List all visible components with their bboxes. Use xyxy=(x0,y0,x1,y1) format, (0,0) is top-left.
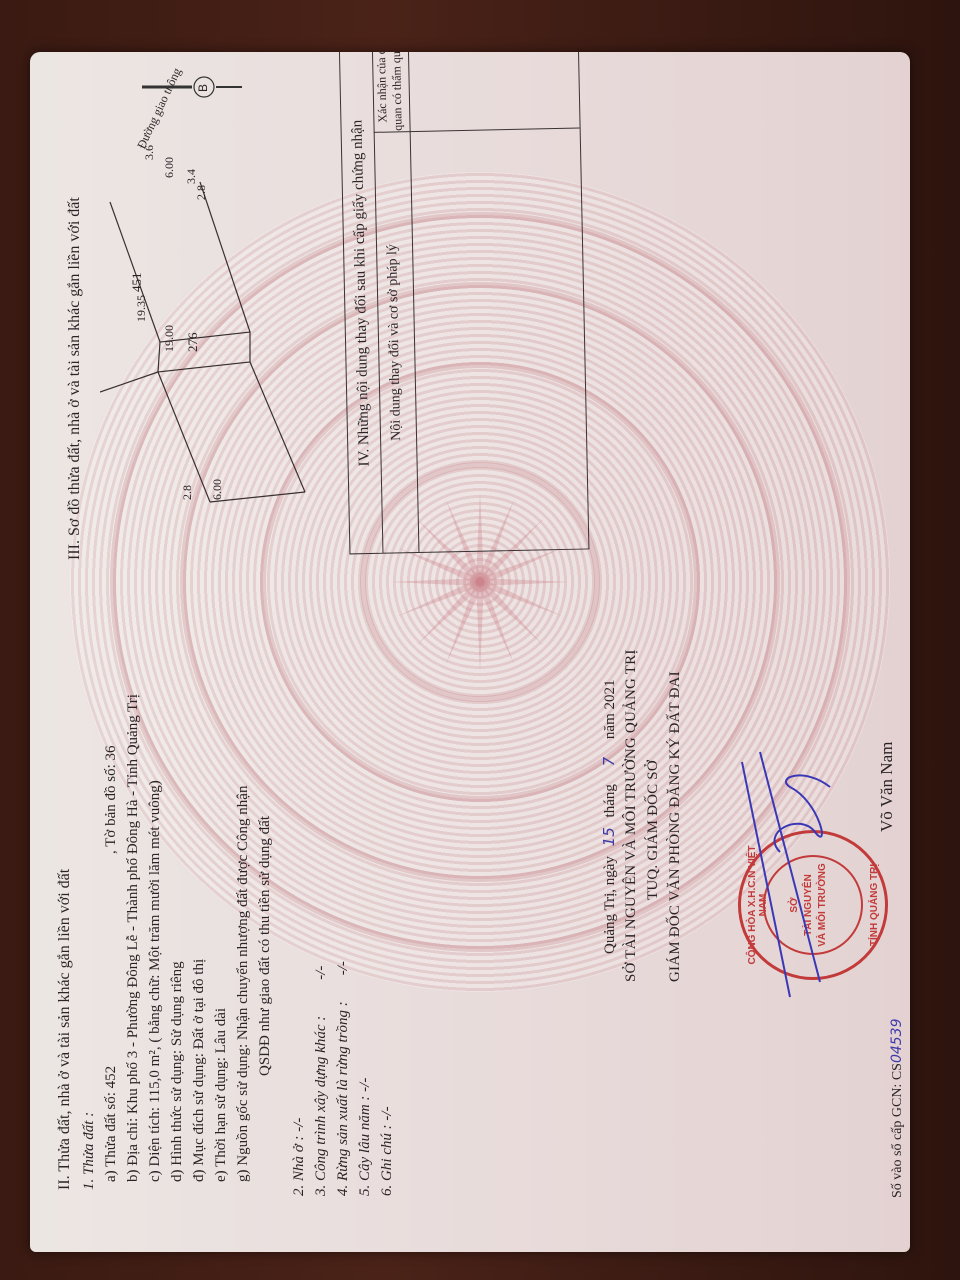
signer-title: GIÁM ĐỐC VĂN PHÒNG ĐĂNG KÝ ĐẤT ĐAI xyxy=(664,671,686,982)
neighbor-parcel-451: 451 xyxy=(126,273,148,293)
confirmation-column-header: Xác nhận của cơ quan có thẩm quyền xyxy=(374,52,406,133)
address: b) Địa chỉ: Khu phố 3 - Phường Đông Lễ -… xyxy=(122,694,144,1182)
use-term: e) Thời hạn sử dụng: Lâu dài xyxy=(210,1008,232,1182)
registry-number: Số vào sổ cấp GCN: CS04539 xyxy=(886,1019,909,1199)
dim-19-00: 19.00 xyxy=(158,325,180,352)
dim-2-8-top: 2.8 xyxy=(176,485,198,500)
map-sheet-number: , Tờ bản đồ số: 36 xyxy=(100,746,122,855)
signer-name: Võ Văn Nam xyxy=(876,742,898,832)
date-month: 7 xyxy=(600,757,618,767)
dim-6-00-top: 6.00 xyxy=(206,479,228,500)
section-3-title: III. Sơ đồ thửa đất, nhà ở và tài sản kh… xyxy=(64,197,86,560)
other-construction-item: 3. Công trình xây dựng khác :-/- xyxy=(310,966,332,1196)
parcel-number: a) Thửa đất số: 452 xyxy=(100,1066,122,1182)
house-item: 2. Nhà ở : -/- xyxy=(288,1118,310,1196)
use-purpose: đ) Mục đích sử dụng: Đất ở tại đô thị xyxy=(188,959,210,1182)
north-label: B xyxy=(196,84,210,92)
perennial-trees-item: 5. Cây lâu năm : -/- xyxy=(354,1078,376,1196)
section-2-title: II. Thửa đất, nhà ở và tài sản khác gắn … xyxy=(54,869,76,1190)
use-origin: g) Nguồn gốc sử dụng: Nhận chuyển nhượng… xyxy=(232,786,254,1182)
dim-2-8-bottom: 2.8 xyxy=(190,185,212,200)
handwritten-signature xyxy=(720,742,870,1002)
north-arrow: B xyxy=(142,72,257,102)
use-form: d) Hình thức sử dụng: Sử dụng riêng xyxy=(166,961,188,1182)
on-behalf-line: TUQ. GIÁM ĐỐC SỞ xyxy=(642,760,664,900)
dim-19-35: 19.35 xyxy=(130,295,152,322)
changes-table: IV. Những nội dung thay đổi sau khi cấp … xyxy=(339,52,590,554)
use-origin-continued: QSDĐ như giao đất có thu tiền sử dụng đấ… xyxy=(254,816,276,1076)
land-label: 1. Thửa đất : xyxy=(78,1112,100,1190)
dim-3-6: 3.6 xyxy=(138,145,160,160)
date-day: 15 xyxy=(600,827,618,846)
notes-item: 6. Ghi chú : -/- xyxy=(376,1106,398,1196)
dim-6-00-bottom: 6.00 xyxy=(158,157,180,178)
area: c) Diện tích: 115,0 m², ( bằng chữ: Một … xyxy=(144,780,166,1182)
production-forest-item: 4. Rừng sản xuất là rừng trồng :-/- xyxy=(332,961,354,1196)
issuing-agency: SỞ TÀI NGUYÊN VÀ MÔI TRƯỜNG QUẢNG TRỊ xyxy=(620,649,642,982)
registry-number-handwritten: 04539 xyxy=(889,1019,905,1064)
issue-date: Quảng Trị, ngày 15 tháng 7 năm 2021 xyxy=(598,680,621,954)
dim-3-4: 3.4 xyxy=(180,169,202,184)
neighbor-parcel-276: 276 xyxy=(182,333,204,353)
certificate-photo: II. Thửa đất, nhà ở và tài sản khác gắn … xyxy=(0,0,960,1280)
certificate-page: II. Thửa đất, nhà ở và tài sản khác gắn … xyxy=(30,52,910,1252)
